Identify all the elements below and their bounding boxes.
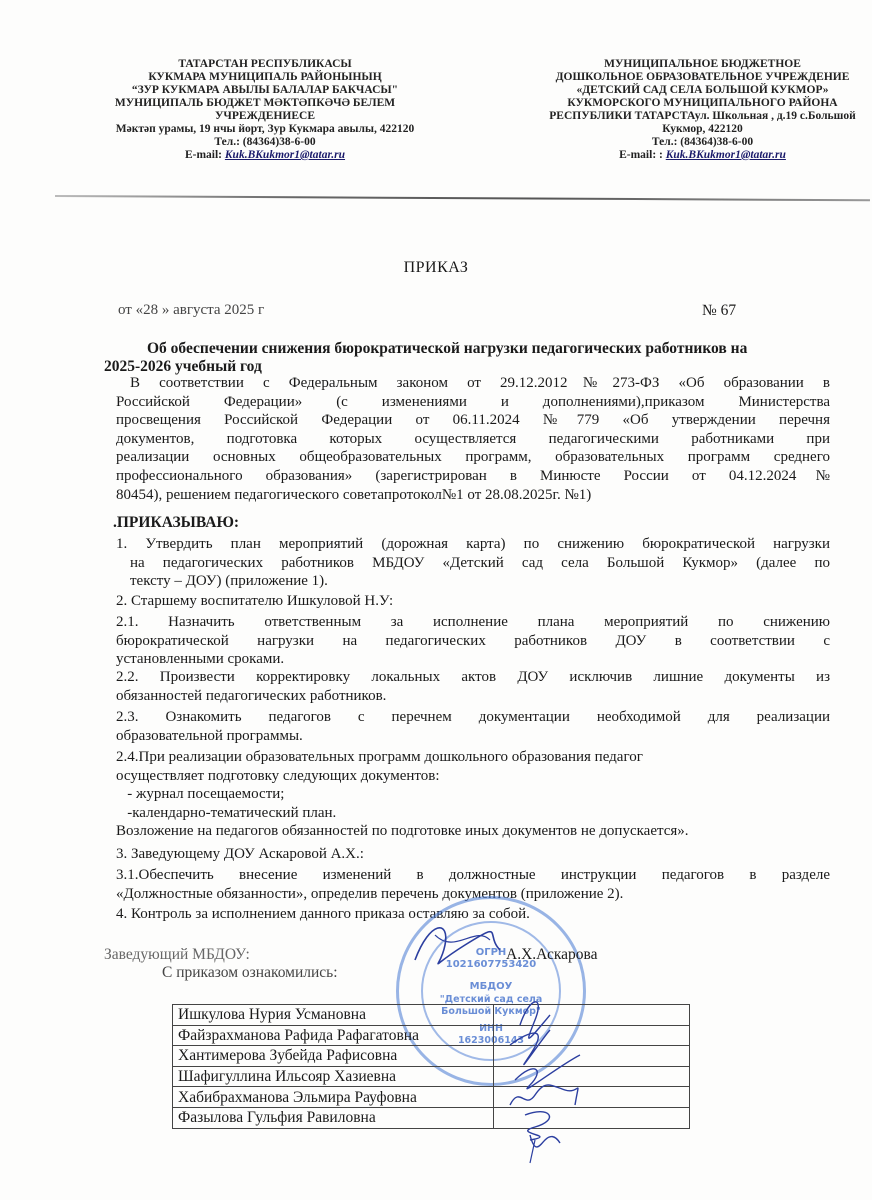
item-line: обязанностей педагогических работников. xyxy=(116,687,830,706)
table-row: Файзрахманова Рафида Рафагатовна xyxy=(173,1025,690,1046)
header-russian-line: ДОШКОЛЬНОЕ ОБРАЗОВАТЕЛЬНОЕ УЧРЕЖДЕНИЕ xyxy=(545,71,860,84)
director-signature-icon xyxy=(405,915,515,975)
item-2-4: 2.4.При реализации образовательных прогр… xyxy=(116,748,830,841)
header-tatar-line: МУНИЦИПАЛЬ БЮДЖЕТ МӘКТӘПКӘЧӘ БЕЛЕМ xyxy=(80,97,430,110)
employee-name: Файзрахманова Рафида Рафагатовна xyxy=(173,1025,494,1046)
header-divider xyxy=(55,195,870,201)
email-label: E-mail: xyxy=(185,149,225,161)
header-tatar-line: “ЗУР КУКМАРА АВЫЛЫ БАЛАЛАР БАКЧАСЫ" xyxy=(100,84,430,97)
item-line: тексту – ДОУ) (приложение 1). xyxy=(116,572,830,591)
table-row: Хабибрахманова Эльмира Рауфовна xyxy=(173,1087,690,1108)
item-line: 2. Старшему воспитателю Ишкуловой Н.У: xyxy=(116,592,830,611)
item-2-3: 2.3. Ознакомить педагогов с перечнем док… xyxy=(116,708,830,745)
preamble-line: реализации основных общеобразовательных … xyxy=(116,448,830,467)
header-russian-line: КУКМОРСКОГО МУНИЦИПАЛЬНОГО РАЙОНА xyxy=(545,97,860,110)
header-russian-line: Кукмор, 422120 xyxy=(545,123,860,136)
table-row: Хантимерова Зубейда Рафисовна xyxy=(173,1046,690,1067)
signatory-position: Заведующий МБДОУ: xyxy=(104,946,250,964)
email-link[interactable]: Kuk.BKukmor1@tatar.ru xyxy=(225,149,345,161)
item-line: 2.3. Ознакомить педагогов с перечнем док… xyxy=(116,708,830,727)
item-line: образовательной программы. xyxy=(116,727,830,746)
acknowledgement-table: Ишкулова Нурия Усмановна Файзрахманова Р… xyxy=(172,1004,690,1129)
preamble-line: В соответствии с Федеральным законом от … xyxy=(116,374,830,393)
order-subject: Об обеспечении снижения бюрократической … xyxy=(104,340,834,376)
header-russian: МУНИЦИПАЛЬНОЕ БЮДЖЕТНОЕ ДОШКОЛЬНОЕ ОБРАЗ… xyxy=(545,58,860,162)
header-tatar: ТАТАРСТАН РЕСПУБЛИКАСЫ КУКМАРА МУНИЦИПАЛ… xyxy=(100,58,430,162)
header-tatar-email-line: E-mail: Kuk.BKukmor1@tatar.ru xyxy=(100,149,430,162)
item-line: 2.2. Произвести корректировку локальных … xyxy=(116,668,830,687)
item-line: бюрократической нагрузки на педагогическ… xyxy=(116,632,830,651)
signatory-name: А.Х.Аскарова xyxy=(506,946,598,964)
header-tatar-line: КУКМАРА МУНИЦИПАЛЬ РАЙОНЫНЫҢ xyxy=(100,71,430,84)
header-russian-line: «ДЕТСКИЙ САД СЕЛА БОЛЬШОЙ КУКМОР» xyxy=(545,84,860,97)
preamble-line: просвещения Российской Федерации от 06.1… xyxy=(116,411,830,430)
item-line: осуществляет подготовку следующих докуме… xyxy=(116,767,830,786)
item-line: 3.1.Обеспечить внесение изменений в долж… xyxy=(116,866,830,885)
item-line: - журнал посещаемости; xyxy=(116,785,830,804)
employee-name: Хантимерова Зубейда Рафисовна xyxy=(173,1046,494,1067)
header-russian-line: МУНИЦИПАЛЬНОЕ БЮДЖЕТНОЕ xyxy=(545,58,860,71)
header-russian-line: РЕСПУБЛИКИ ТАТАРСТАул. Школьная , д.19 с… xyxy=(545,110,860,123)
order-date: от «28 » августа 2025 г xyxy=(118,302,264,319)
employee-name: Ишкулова Нурия Усмановна xyxy=(173,1005,494,1026)
header-tatar-line: УЧРЕЖДЕНИЕСЕ xyxy=(100,110,430,123)
table-row: Шафигуллина Ильсояр Хазиевна xyxy=(173,1066,690,1087)
employee-signatures-icon xyxy=(490,985,610,1165)
item-2-1: 2.1. Назначить ответственным за исполнен… xyxy=(116,613,830,669)
employee-name: Хабибрахманова Эльмира Рауфовна xyxy=(173,1087,494,1108)
item-3: 3. Заведующему ДОУ Аскаровой А.Х.: xyxy=(116,845,830,864)
document-title: ПРИКАЗ xyxy=(0,259,872,277)
acknowledged-label: С приказом ознакомились: xyxy=(162,964,338,982)
item-line: на педагогических работников МБДОУ «Детс… xyxy=(116,554,830,573)
header-tatar-line: ТАТАРСТАН РЕСПУБЛИКАСЫ xyxy=(100,58,430,71)
item-line: -календарно-тематический план. xyxy=(116,804,830,823)
item-line: 2.1. Назначить ответственным за исполнен… xyxy=(116,613,830,632)
employee-name: Фазылова Гульфия Равиловна xyxy=(173,1107,494,1128)
item-2-2: 2.2. Произвести корректировку локальных … xyxy=(116,668,830,705)
header-russian-phone: Тел.: (84364)38-6-00 xyxy=(545,136,860,149)
order-number: № 67 xyxy=(702,302,736,320)
email-label: E-mail: : xyxy=(619,149,666,161)
preamble-line: 80454), решением педагогического советап… xyxy=(116,486,830,505)
preamble: В соответствии с Федеральным законом от … xyxy=(116,374,830,504)
item-line: 2.4.При реализации образовательных прогр… xyxy=(116,748,830,767)
item-line: установленными сроками. xyxy=(116,650,830,669)
email-link[interactable]: Kuk.BKukmor1@tatar.ru xyxy=(666,149,786,161)
item-line: Возложение на педагогов обязанностей по … xyxy=(116,822,830,841)
subject-line: Об обеспечении снижения бюрократической … xyxy=(104,340,834,358)
preamble-line: профессионального образования» (зарегист… xyxy=(116,467,830,486)
header-tatar-phone: Тел.: (84364)38-6-00 xyxy=(100,136,430,149)
header-tatar-address: Мәктәп урамы, 19 нчы йорт, Зур Кукмара а… xyxy=(100,123,430,136)
decree-word: .ПРИКАЗЫВАЮ: xyxy=(113,514,239,532)
item-line: 3. Заведующему ДОУ Аскаровой А.Х.: xyxy=(116,845,830,864)
item-line: 1. Утвердить план мероприятий (дорожная … xyxy=(116,535,830,554)
table-row: Фазылова Гульфия Равиловна xyxy=(173,1107,690,1128)
employee-name: Шафигуллина Ильсояр Хазиевна xyxy=(173,1066,494,1087)
item-1: 1. Утвердить план мероприятий (дорожная … xyxy=(116,535,830,591)
header-russian-email-line: E-mail: : Kuk.BKukmor1@tatar.ru xyxy=(545,149,860,162)
preamble-line: документов, подготовка которых осуществл… xyxy=(116,430,830,449)
preamble-line: Российской Федерации» (с изменениями и д… xyxy=(116,393,830,412)
table-row: Ишкулова Нурия Усмановна xyxy=(173,1005,690,1026)
item-2: 2. Старшему воспитателю Ишкуловой Н.У: xyxy=(116,592,830,611)
